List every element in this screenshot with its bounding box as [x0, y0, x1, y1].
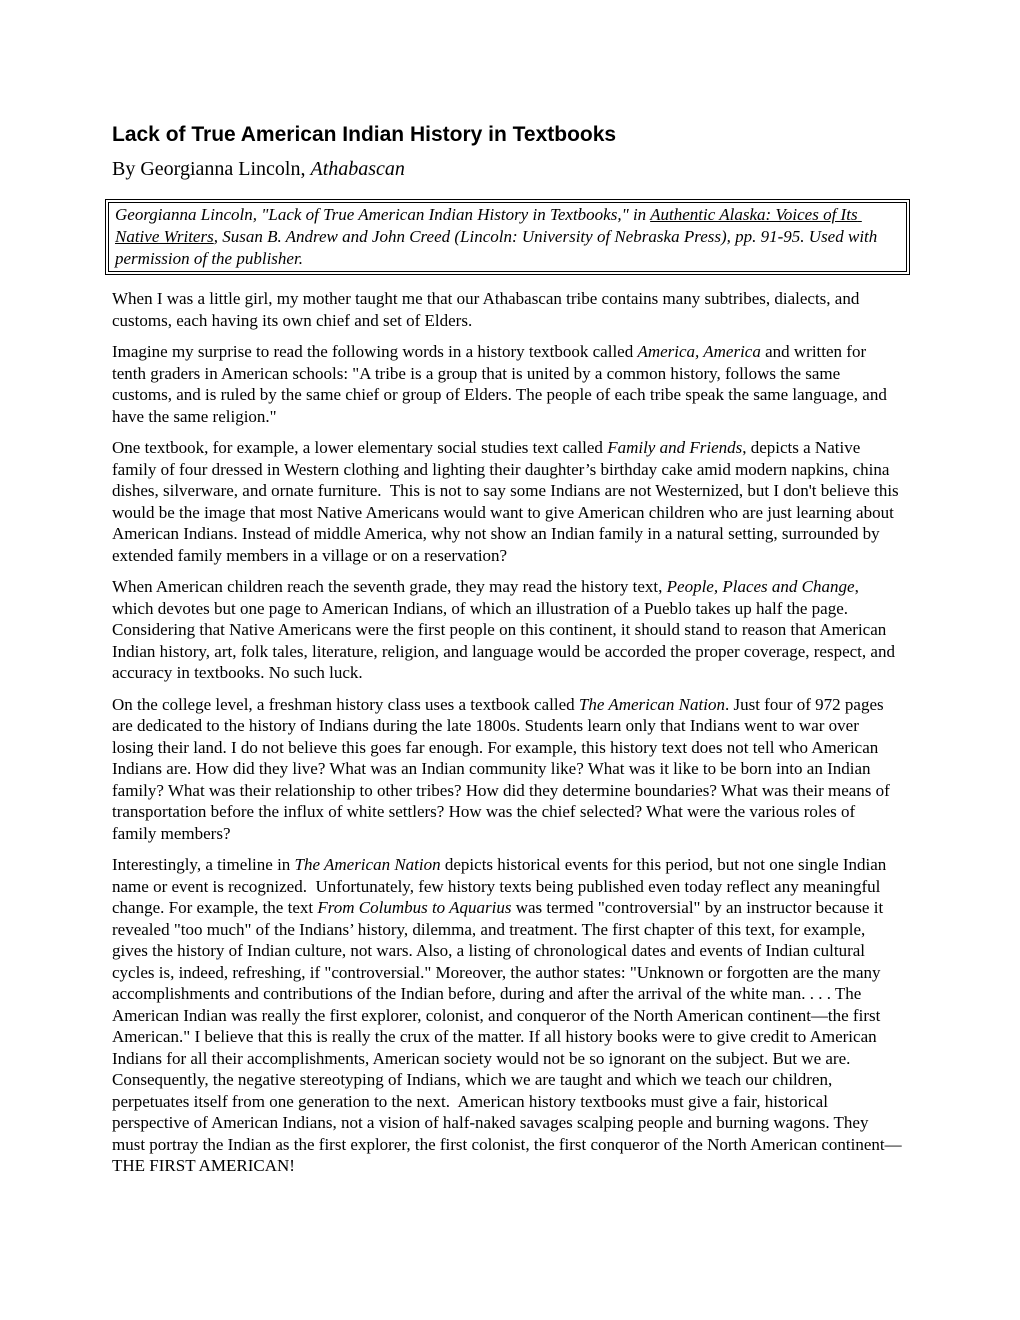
paragraph-5: On the college level, a freshman history… — [112, 694, 902, 845]
essay-body: When I was a little girl, my mother taug… — [112, 288, 902, 1177]
byline: By Georgianna Lincoln, Athabascan — [112, 156, 902, 182]
document-title: Lack of True American Indian History in … — [112, 122, 902, 148]
document-page: Lack of True American Indian History in … — [0, 0, 1020, 1320]
paragraph-6: Interestingly, a timeline in The America… — [112, 854, 902, 1177]
paragraph-2: Imagine my surprise to read the followin… — [112, 341, 902, 427]
citation-box: Georgianna Lincoln, "Lack of True Americ… — [105, 199, 910, 275]
citation-text: Georgianna Lincoln, "Lack of True Americ… — [108, 202, 907, 272]
paragraph-3: One textbook, for example, a lower eleme… — [112, 437, 902, 566]
paragraph-4: When American children reach the seventh… — [112, 576, 902, 684]
paragraph-1: When I was a little girl, my mother taug… — [112, 288, 902, 331]
